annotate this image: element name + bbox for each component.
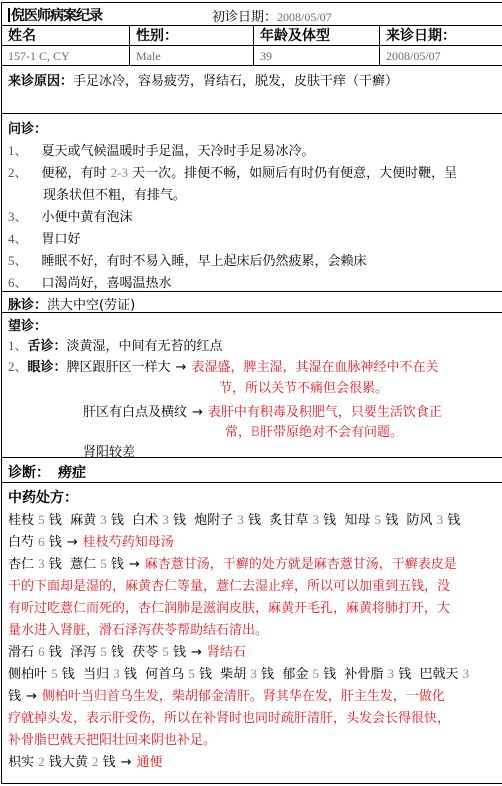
herb-name: 茯苓 bbox=[132, 645, 158, 660]
herb-name: 郁金 bbox=[282, 667, 308, 682]
note-line: 量水进入肾脏，滑石泽泻茯苓帮助结石清出。 bbox=[8, 619, 268, 638]
herb-qty: 3 bbox=[113, 666, 120, 681]
herb-unit: 钱 bbox=[111, 513, 124, 528]
record-title: 倪医师病案纪录 bbox=[8, 5, 102, 25]
herb-name: 薏仁 bbox=[70, 557, 96, 572]
prescription-label: 中药处方： bbox=[8, 487, 78, 507]
herb-name: 当归 bbox=[83, 667, 109, 682]
eye-note-2: 表肝中有积毒及积肥气，只要生活饮食正 bbox=[208, 405, 442, 420]
herb-unit: 钱 bbox=[49, 755, 62, 770]
herb-unit: 钱 bbox=[62, 667, 75, 682]
herb-qty: 5 bbox=[188, 666, 195, 681]
value-cell-visit-date: 2008/05/07 bbox=[380, 46, 502, 65]
header-visit-date: 来诊日期： bbox=[386, 28, 456, 44]
item-number: 2、 bbox=[8, 165, 28, 180]
herb-qty: 5 bbox=[100, 556, 107, 571]
diagnosis-line: 诊断：痨症 bbox=[8, 462, 86, 482]
herb-qty: 5 bbox=[100, 644, 107, 659]
herb-unit: 钱 bbox=[199, 667, 212, 682]
eye-label: 眼诊： bbox=[28, 360, 67, 375]
eye-line-2: 肝区有白点及横纹→表肝中有积毒及积肥气，只要生活饮食正 bbox=[83, 401, 442, 420]
herb-name: 麻黄 bbox=[70, 513, 96, 528]
item-number: 2、 bbox=[8, 359, 28, 374]
arrow-right-icon: → bbox=[191, 645, 202, 660]
herb-name: 补骨脂 bbox=[344, 667, 383, 682]
tongue-text: 淡黄湿，中间有无苔的红点 bbox=[67, 339, 223, 354]
herb-qty: 5 bbox=[312, 666, 319, 681]
first-visit-value: 2008/05/07 bbox=[277, 10, 332, 24]
herb-unit: 钱 bbox=[49, 645, 62, 660]
title-row: 倪医师病案纪录 初诊日期：2008/05/07 bbox=[2, 3, 502, 26]
herb-qty: 2 bbox=[92, 754, 99, 769]
herb-unit: 钱 bbox=[398, 667, 411, 682]
value-cell-age: 39 bbox=[254, 46, 380, 65]
patient-id: 157-1 C, CY bbox=[8, 49, 70, 63]
herb-name: 杏仁 bbox=[8, 557, 34, 572]
inquiry-item-6: 6、口渴尚好，喜喝温热水 bbox=[8, 272, 172, 291]
herb-unit: 钱 bbox=[49, 535, 62, 550]
eye-note-1: 表湿盛，脾主湿，其湿在血脉神经中不在关 bbox=[191, 360, 438, 375]
herb-line-7: 枳实 2 钱大黄 2 钱→通便 bbox=[8, 751, 163, 770]
item-text: 口渴尚好，喜喝温热水 bbox=[42, 276, 172, 291]
arrow-right-icon: → bbox=[129, 557, 140, 572]
pulse-label: 脉诊： bbox=[8, 298, 47, 313]
inquiry-item-1: 1、夏天或气候温暖时手足温，天冷时手足易冰冷。 bbox=[8, 140, 315, 159]
herb-line-3: 杏仁 3 钱 薏仁 5 钱→麻杏薏甘汤，干癣的处方就是麻杏薏甘汤，干癣表皮是 bbox=[8, 553, 457, 572]
herb-unit: 钱 bbox=[323, 513, 336, 528]
herb-name: 大黄 bbox=[62, 755, 88, 770]
header-cell-age: 年龄及体型 bbox=[254, 26, 380, 45]
reason-section: 来诊原因：手足冰冷，容易疲劳，肾结石，脱发，皮肤干痒（干癣） bbox=[2, 66, 502, 114]
eye-finding-1: 脾区跟肝区一样大 bbox=[67, 360, 171, 375]
eye-line-1: 2、眼诊：脾区跟肝区一样大→表湿盛，脾主湿，其湿在血脉神经中不在关 bbox=[8, 356, 438, 375]
pulse-line: 脉诊：洪大中空(劳证) bbox=[8, 294, 135, 313]
herb-unit: 钱 bbox=[173, 513, 186, 528]
herb-name: 泽泻 bbox=[70, 645, 96, 660]
herb-qty: 3 bbox=[237, 512, 244, 527]
item-number: 3、 bbox=[8, 209, 28, 224]
reason-text: 手足冰冷，容易疲劳，肾结石，脱发，皮肤干痒（干癣） bbox=[73, 74, 398, 89]
herb-qty: 6 bbox=[38, 534, 45, 549]
note-line: 干的下面却是湿的，麻黄杏仁等量，薏仁去湿止痒，所以可以加重到五钱，没 bbox=[8, 575, 450, 594]
herb-qty: 3 bbox=[38, 556, 45, 571]
herb-name: 炮附子 bbox=[194, 513, 233, 528]
value-cell-gender: Male bbox=[130, 46, 254, 65]
herb-name: 枳实 bbox=[8, 755, 34, 770]
herb-qty: 2 bbox=[38, 754, 45, 769]
herb-name: 何首乌 bbox=[145, 667, 184, 682]
item-text: 胃口好 bbox=[42, 232, 81, 247]
herb-name: 滑石 bbox=[8, 645, 34, 660]
arrow-right-icon: → bbox=[176, 360, 187, 375]
note-line: 补骨脂巴戟天把阳壮回来阴也补足。 bbox=[8, 729, 216, 748]
pulse-section: 脉诊：洪大中空(劳证) bbox=[2, 292, 502, 313]
herb-unit: 钱 bbox=[103, 755, 116, 770]
note-text: 常， bbox=[225, 425, 251, 440]
item-text: 小便中黄有泡沫 bbox=[42, 210, 133, 225]
record-title-text: 倪医师病案纪录 bbox=[11, 8, 102, 24]
herb-name: 知母 bbox=[344, 513, 370, 528]
patient-gender: Male bbox=[136, 49, 161, 63]
header-age: 年龄及体型 bbox=[260, 28, 330, 44]
inquiry-item-2-cont: 现条状但不粗，有排气。 bbox=[43, 184, 186, 203]
herb-qty: 5 bbox=[375, 512, 382, 527]
arrow-right-icon: → bbox=[121, 755, 132, 770]
note-line: 疗就掉头发，表示肝受伤，所以在补肾时也同时疏肝清肝，头发会长得很快， bbox=[8, 707, 450, 726]
herb-unit: 钱 bbox=[49, 557, 62, 572]
herb-unit: 钱 bbox=[111, 645, 124, 660]
tongue-label: 舌诊： bbox=[28, 339, 67, 354]
patient-table-values: 157-1 C, CY Male 39 2008/05/07 bbox=[2, 46, 502, 66]
herb-qty: 3 bbox=[312, 512, 319, 527]
header-cell-name: 姓名 bbox=[2, 26, 130, 45]
inquiry-item-4: 4、胃口好 bbox=[8, 228, 81, 247]
text-cursor bbox=[8, 8, 10, 22]
herb-name: 炙甘草 bbox=[269, 513, 308, 528]
medical-record-sheet: 倪医师病案纪录 初诊日期：2008/05/07 姓名 性别： 年龄及体型 来诊日… bbox=[1, 2, 502, 784]
inquiry-item-3: 3、小便中黄有泡沫 bbox=[8, 206, 133, 225]
herb-line-5: 侧柏叶 5 钱 当归 3 钱 何首乌 5 钱 柴胡 3 钱 郁金 5 钱 补骨脂… bbox=[8, 663, 469, 682]
item-number-value: 2-3 bbox=[111, 165, 128, 180]
herb-line-4: 滑石 6 钱 泽泻 5 钱 茯苓 5 钱→肾结石 bbox=[8, 641, 246, 660]
header-name: 姓名 bbox=[8, 28, 36, 44]
herb-name: 白芍 bbox=[8, 535, 34, 550]
herb-unit: 钱 bbox=[111, 557, 124, 572]
observation-label: 望诊： bbox=[8, 315, 47, 334]
herb-qty: 5 bbox=[162, 644, 169, 659]
herb-qty: 5 bbox=[51, 666, 58, 681]
herb-name: 柴胡 bbox=[220, 667, 246, 682]
inquiry-item-5: 5、睡眠不好，有时不易入睡，早上起床后仍然疲累，会赖床 bbox=[8, 250, 367, 269]
herb-name: 白术 bbox=[132, 513, 158, 528]
formula-note: 桂枝芍药知母汤 bbox=[83, 535, 174, 550]
eye-note-1-cont: 节，所以关节不痛但会很累。 bbox=[219, 377, 388, 396]
prescription-section: 中药处方： 桂枝 5 钱 麻黄 3 钱 白术 3 钱 炮附子 3 钱 炙甘草 3… bbox=[2, 483, 502, 785]
herb-qty: 3 bbox=[100, 512, 107, 527]
item-number: 1、 bbox=[8, 338, 28, 353]
tongue-line: 1、舌诊：淡黄湿，中间有无苔的红点 bbox=[8, 335, 223, 354]
herb-unit: 钱 bbox=[173, 645, 186, 660]
herb-qty: 6 bbox=[38, 644, 45, 659]
item-text: 天一次。排便不畅，如厕后有时仍有便意，大便时鞭，呈 bbox=[128, 166, 457, 181]
arrow-right-icon: → bbox=[67, 535, 78, 550]
item-number: 4、 bbox=[8, 231, 28, 246]
note-letter: B bbox=[251, 425, 260, 440]
herb-name: 巴戟天 bbox=[419, 667, 458, 682]
note-text: 肝带原绝对不会有问题。 bbox=[260, 425, 403, 440]
inquiry-item-2: 2、便秘，有时 2-3 天一次。排便不畅，如厕后有时仍有便意，大便时鞭，呈 bbox=[8, 162, 457, 181]
inquiry-section: 问诊： 1、夏天或气候温暖时手足温，天冷时手足易冰冷。 2、便秘，有时 2-3 … bbox=[2, 114, 502, 292]
arrow-right-icon: → bbox=[192, 405, 203, 420]
diagnosis-label: 诊断： bbox=[8, 465, 50, 481]
diagnosis-text: 痨症 bbox=[58, 465, 86, 481]
herb-unit: 钱 bbox=[385, 513, 398, 528]
herb-unit: 钱 bbox=[124, 667, 137, 682]
item-text: 夏天或气候温暖时手足温，天冷时手足易冰冷。 bbox=[42, 144, 315, 159]
herb-unit: 钱 bbox=[447, 513, 460, 528]
herb-qty: 5 bbox=[38, 512, 45, 527]
first-visit-label: 初诊日期： bbox=[212, 10, 277, 25]
herb-unit: 钱 bbox=[261, 667, 274, 682]
herb-unit: 钱 bbox=[248, 513, 261, 528]
value-cell-name: 157-1 C, CY bbox=[2, 46, 130, 65]
header-cell-visit-date: 来诊日期： bbox=[380, 26, 502, 45]
patient-age: 39 bbox=[260, 49, 272, 63]
herb-unit: 钱 bbox=[49, 513, 62, 528]
diagnosis-section: 诊断：痨症 bbox=[2, 458, 502, 483]
herb-unit: 钱 bbox=[323, 667, 336, 682]
formula-note: 通便 bbox=[137, 755, 163, 770]
note-line: 有听过吃薏仁而死的，杏仁润肺是滋润皮肤，麻黄开毛孔，麻黄将肺打开，大 bbox=[8, 597, 450, 616]
herb-line-1: 桂枝 5 钱 麻黄 3 钱 白术 3 钱 炮附子 3 钱 炙甘草 3 钱 知母 … bbox=[8, 509, 460, 528]
formula-note: 麻杏薏甘汤，干癣的处方就是麻杏薏甘汤，干癣表皮是 bbox=[145, 557, 457, 572]
patient-table-header: 姓名 性别： 年龄及体型 来诊日期： bbox=[2, 26, 502, 46]
herb-qty: 3 bbox=[250, 666, 257, 681]
herb-qty: 3 bbox=[463, 666, 470, 681]
item-text: 睡眠不好，有时不易入睡，早上起床后仍然疲累，会赖床 bbox=[42, 254, 367, 269]
herb-qty: 3 bbox=[162, 512, 169, 527]
header-cell-gender: 性别： bbox=[130, 26, 254, 45]
eye-note-2-cont: 常，B肝带原绝对不会有问题。 bbox=[225, 421, 403, 440]
formula-note: 侧柏叶当归首乌生发，柴胡郁金清肝。肾其华在发，肝主生发，一做化 bbox=[42, 689, 445, 704]
item-number: 1、 bbox=[8, 143, 28, 158]
formula-note: 肾结石 bbox=[207, 645, 246, 660]
herb-qty: 3 bbox=[437, 512, 444, 527]
herb-qty: 3 bbox=[388, 666, 395, 681]
inquiry-label: 问诊： bbox=[8, 118, 47, 137]
header-gender: 性别： bbox=[136, 28, 178, 44]
herb-line-2: 白芍 6 钱→桂枝芍药知母汤 bbox=[8, 531, 174, 550]
first-visit-date: 初诊日期：2008/05/07 bbox=[212, 6, 332, 25]
item-number: 6、 bbox=[8, 275, 28, 290]
reason-line: 来诊原因：手足冰冷，容易疲劳，肾结石，脱发，皮肤干痒（干癣） bbox=[8, 70, 398, 89]
herb-name: 桂枝 bbox=[8, 513, 34, 528]
visit-date: 2008/05/07 bbox=[386, 49, 441, 63]
herb-line-6: 钱→侧柏叶当归首乌生发，柴胡郁金清肝。肾其华在发，肝主生发，一做化 bbox=[8, 685, 445, 704]
herb-name: 侧柏叶 bbox=[8, 667, 47, 682]
eye-finding-2: 肝区有白点及横纹 bbox=[83, 405, 187, 420]
herb-unit: 钱 bbox=[8, 689, 21, 704]
reason-label: 来诊原因： bbox=[8, 74, 73, 89]
herb-name: 防风 bbox=[406, 513, 432, 528]
observation-section: 望诊： 1、舌诊：淡黄湿，中间有无苔的红点 2、眼诊：脾区跟肝区一样大→表湿盛，… bbox=[2, 313, 502, 458]
item-text: 便秘，有时 bbox=[42, 166, 111, 181]
item-number: 5、 bbox=[8, 253, 28, 268]
pulse-text: 洪大中空(劳证) bbox=[47, 298, 135, 313]
arrow-right-icon: → bbox=[26, 689, 37, 704]
